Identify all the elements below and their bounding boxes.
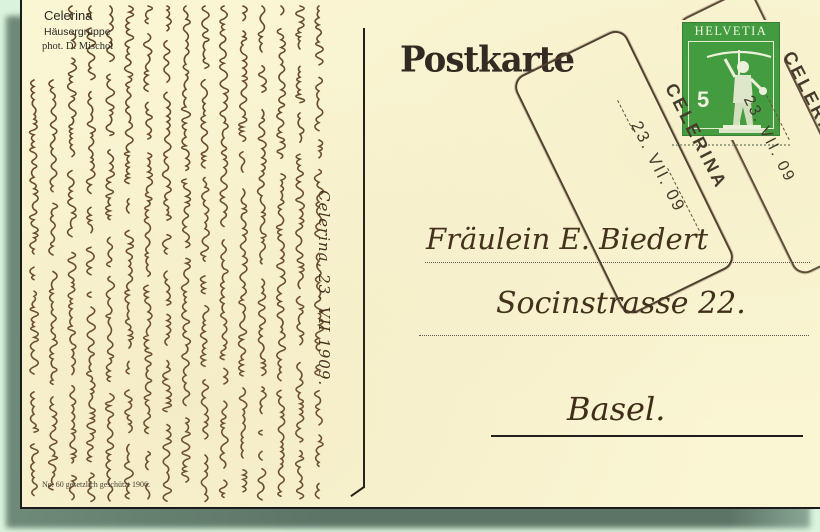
postcard: Celerina Häusergruppe phot. D. Mischol C… — [20, 0, 820, 509]
address-city: Basel. — [567, 390, 665, 428]
message-date-line: Celerina, 23. VII 1909. — [315, 190, 333, 386]
address-recipient: Fräulein E. Biedert — [426, 222, 708, 256]
message-area: Celerina Häusergruppe phot. D. Mischol C… — [22, 0, 364, 507]
front-caption: Celerina Häusergruppe phot. D. Mischol — [32, 8, 113, 52]
address-rule-1 — [425, 262, 810, 263]
handwritten-message — [22, 0, 362, 505]
address-rule-2 — [419, 335, 809, 336]
address-street: Socinstrasse 22. — [496, 286, 746, 321]
address-rule-3 — [491, 435, 803, 437]
fine-print: No. 60 gesetzlich geschützt 1906. — [42, 480, 150, 489]
caption-subtitle: Häusergruppe — [44, 26, 113, 38]
stamp-country: HELVETIA — [683, 24, 779, 39]
divider-line — [363, 28, 365, 488]
stamp-value: 5 — [697, 87, 709, 113]
caption-credit: phot. D. Mischol — [42, 41, 113, 52]
caption-place: Celerina — [44, 8, 113, 23]
